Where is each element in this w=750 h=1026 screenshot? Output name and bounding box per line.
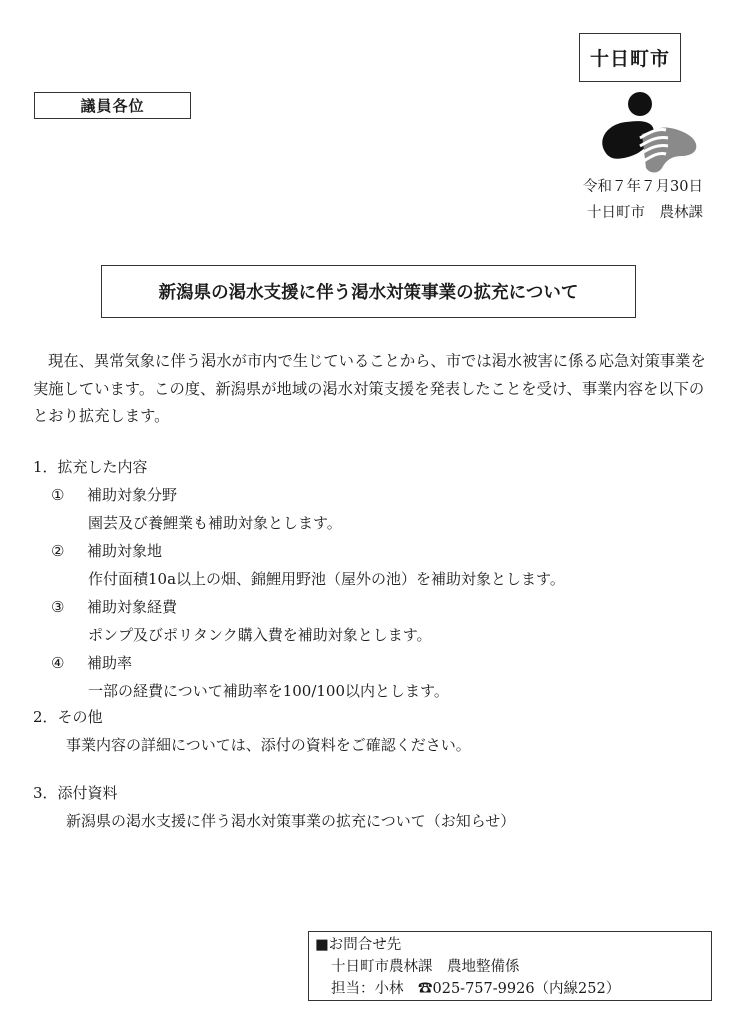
- item-text: ポンプ及びポリタンク購入費を補助対象とします。: [33, 621, 565, 649]
- list-item: ④補助率 一部の経費について補助率を100/100以内とします。: [33, 649, 565, 705]
- contact-person: 担当：小林: [331, 981, 418, 997]
- item-text: 作付面積10a以上の畑、錦鯉用野池（屋外の池）を補助対象とします。: [33, 565, 565, 593]
- item-label: 補助率: [87, 654, 132, 672]
- city-emblem-icon: [596, 90, 700, 174]
- attachment-title: 新潟県の渇水支援に伴う渇水対策事業の拡充について（お知らせ）: [33, 807, 515, 835]
- item-text: 園芸及び養鯉業も補助対象とします。: [33, 509, 565, 537]
- contact-box: ■お問合せ先 十日町市農林課 農地整備係 担当：小林 ☎025-757-9926…: [308, 931, 712, 1001]
- department: 十日町市 農林課: [583, 200, 703, 226]
- issuer-box: 十日町市: [579, 33, 681, 82]
- document-title: 新潟県の渇水支援に伴う渇水対策事業の拡充について: [101, 265, 636, 318]
- item-number: ④: [33, 649, 87, 677]
- contact-person-line: 担当：小林 ☎025-757-9926（内線252）: [315, 978, 711, 1000]
- date-and-department: 令和７年７月30日十日町市 農林課: [583, 174, 703, 226]
- section-other: 2．その他 事業内容の詳細については、添付の資料をご確認ください。: [33, 703, 471, 759]
- contact-office: 十日町市農林課 農地整備係: [315, 956, 711, 978]
- section-text: 事業内容の詳細については、添付の資料をご確認ください。: [33, 731, 471, 759]
- section-heading: 1．拡充した内容: [33, 453, 565, 481]
- section-heading: 3．添付資料: [33, 779, 515, 807]
- section-heading: 2．その他: [33, 703, 471, 731]
- list-item: ③補助対象経費 ポンプ及びポリタンク購入費を補助対象とします。: [33, 593, 565, 649]
- contact-phone: 025-757-9926（内線252）: [433, 981, 621, 997]
- phone-icon: ☎: [418, 981, 433, 997]
- section-attachments: 3．添付資料 新潟県の渇水支援に伴う渇水対策事業の拡充について（お知らせ）: [33, 779, 515, 835]
- item-number: ②: [33, 537, 87, 565]
- section-expanded-content: 1．拡充した内容 ①補助対象分野 園芸及び養鯉業も補助対象とします。 ②補助対象…: [33, 453, 565, 705]
- item-label: 補助対象分野: [87, 486, 177, 504]
- issue-date: 令和７年７月30日: [583, 174, 703, 200]
- item-text: 一部の経費について補助率を100/100以内とします。: [33, 677, 565, 705]
- item-number: ①: [33, 481, 87, 509]
- recipient-label: 議員各位: [34, 92, 191, 119]
- list-item: ①補助対象分野 園芸及び養鯉業も補助対象とします。: [33, 481, 565, 537]
- intro-paragraph: 現在、異常気象に伴う渇水が市内で生じていることから、市では渇水被害に係る応急対策…: [33, 348, 713, 431]
- item-label: 補助対象経費: [87, 598, 177, 616]
- list-item: ②補助対象地 作付面積10a以上の畑、錦鯉用野池（屋外の池）を補助対象とします。: [33, 537, 565, 593]
- item-label: 補助対象地: [87, 542, 162, 560]
- contact-heading: ■お問合せ先: [315, 934, 711, 956]
- item-number: ③: [33, 593, 87, 621]
